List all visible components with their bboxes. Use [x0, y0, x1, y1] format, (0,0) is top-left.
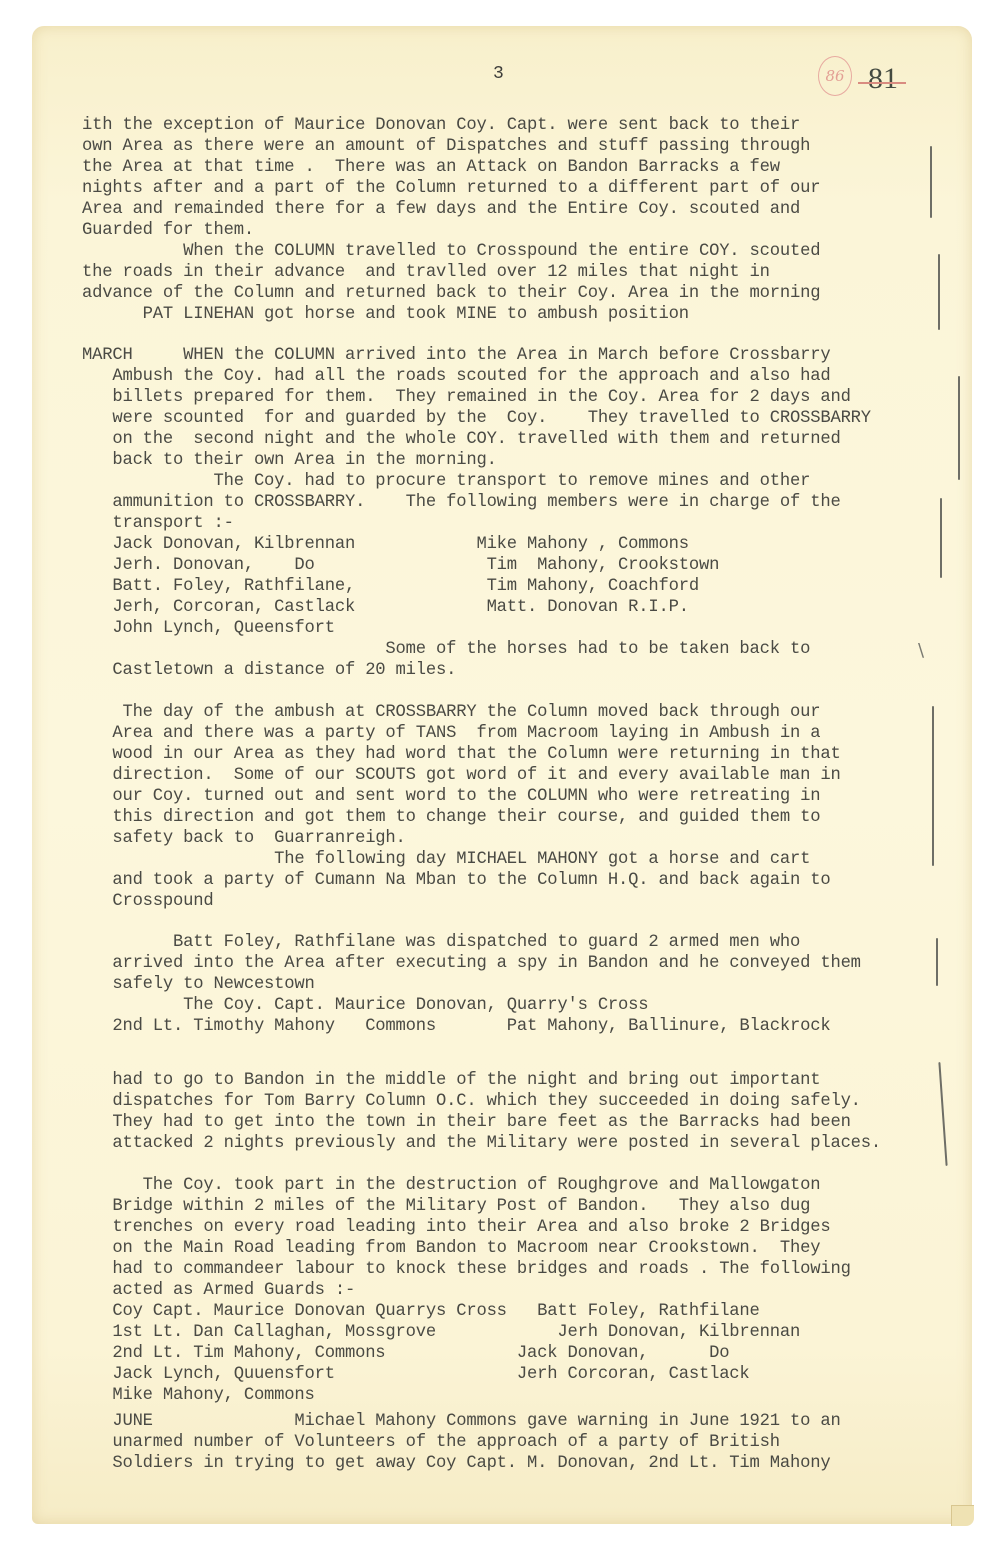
margin-bracket	[938, 1062, 947, 1166]
text-line: Jack Lynch, Quuensfort Jerh Corcoran, Ca…	[82, 1364, 750, 1385]
text-line: Mike Mahony, Commons	[82, 1385, 315, 1406]
text-line: Area and remainded there for a few days …	[82, 199, 800, 220]
text-line: the roads in their advance and travlled …	[82, 262, 770, 283]
text-line: MARCH WHEN the COLUMN arrived into the A…	[82, 345, 830, 366]
text-line: Guarded for them.	[82, 220, 254, 241]
margin-bracket	[940, 498, 942, 578]
text-line: attacked 2 nights previously and the Mil…	[82, 1133, 881, 1154]
text-line: on the Main Road leading from Bandon to …	[82, 1238, 820, 1259]
text-line: Ambush the Coy. had all the roads scoute…	[82, 366, 830, 387]
text-line: wood in our Area as they had word that t…	[82, 744, 841, 765]
text-line: dispatches for Tom Barry Column O.C. whi…	[82, 1091, 861, 1112]
text-line: and took a party of Cumann Na Mban to th…	[82, 870, 830, 891]
text-line: back to their own Area in the morning.	[82, 450, 497, 471]
text-line: our Coy. turned out and sent word to the…	[82, 786, 820, 807]
text-line: billets prepared for them. They remained…	[82, 387, 851, 408]
text-line: acted as Armed Guards :-	[82, 1280, 355, 1301]
text-line: nights after and a part of the Column re…	[82, 178, 820, 199]
text-line: this direction and got them to change th…	[82, 807, 820, 828]
margin-bracket	[938, 254, 940, 330]
text-line: 2nd Lt. Timothy Mahony Commons Pat Mahon…	[82, 1016, 830, 1037]
text-line: transport :-	[82, 513, 234, 534]
text-line: unarmed number of Volunteers of the appr…	[82, 1432, 780, 1453]
text-line: had to commandeer labour to knock these …	[82, 1259, 851, 1280]
text-line: own Area as there were an amount of Disp…	[82, 136, 810, 157]
text-line: Bridge within 2 miles of the Military Po…	[82, 1196, 810, 1217]
text-line: The day of the ambush at CROSSBARRY the …	[82, 702, 820, 723]
text-line: Area and there was a party of TANS from …	[82, 723, 820, 744]
text-line: 2nd Lt. Tim Mahony, Commons Jack Donovan…	[82, 1343, 729, 1364]
text-line: direction. Some of our SCOUTS got word o…	[82, 765, 841, 786]
text-line: John Lynch, Queensfort	[82, 618, 335, 639]
text-line: 1st Lt. Dan Callaghan, Mossgrove Jerh Do…	[82, 1322, 800, 1343]
text-line: safety back to Guarranreigh.	[82, 828, 406, 849]
text-line: The Coy. took part in the destruction of…	[82, 1175, 820, 1196]
text-line: The Coy. had to procure transport to rem…	[82, 471, 810, 492]
text-line: had to go to Bandon in the middle of the…	[82, 1070, 820, 1091]
text-line: arrived into the Area after executing a …	[82, 953, 861, 974]
circled-page-annotation: 86	[818, 56, 852, 96]
text-line: Soldiers in trying to get away Coy Capt.…	[82, 1453, 830, 1474]
text-line: safely to Newcestown	[82, 974, 315, 995]
text-line: trenches on every road leading into thei…	[82, 1217, 830, 1238]
text-line: Jerh, Corcoran, Castlack Matt. Donovan R…	[82, 597, 689, 618]
text-line: were scounted for and guarded by the Coy…	[82, 408, 871, 429]
text-line: PAT LINEHAN got horse and took MINE to a…	[82, 304, 689, 325]
text-line: the Area at that time . There was an Att…	[82, 157, 780, 178]
margin-bracket	[936, 938, 938, 986]
text-line: Coy Capt. Maurice Donovan Quarrys Cross …	[82, 1301, 760, 1322]
text-line: ith the exception of Maurice Donovan Coy…	[82, 115, 800, 136]
text-line: When the COLUMN travelled to Crosspound …	[82, 241, 820, 262]
text-line: JUNE Michael Mahony Commons gave warning…	[82, 1411, 841, 1432]
text-line: They had to get into the town in their b…	[82, 1112, 851, 1133]
text-line: Castletown a distance of 20 miles.	[82, 660, 456, 681]
text-line: Some of the horses had to be taken back …	[82, 639, 810, 660]
text-line: ammunition to CROSSBARRY. The following …	[82, 492, 841, 513]
folio-strikethrough	[858, 82, 906, 84]
text-line: Jack Donovan, Kilbrennan Mike Mahony , C…	[82, 534, 689, 555]
text-line: on the second night and the whole COY. t…	[82, 429, 841, 450]
margin-tick: \	[918, 640, 924, 661]
text-line: Batt. Foley, Rathfilane, Tim Mahony, Coa…	[82, 576, 699, 597]
margin-bracket	[958, 376, 960, 480]
document-page: 3 86 81 ith the exception of Maurice Don…	[32, 26, 972, 1524]
margin-bracket	[932, 706, 934, 866]
margin-bracket	[930, 146, 932, 218]
folio-number: 81	[868, 62, 898, 96]
text-line: The following day MICHAEL MAHONY got a h…	[82, 849, 810, 870]
text-line: Crosspound	[82, 891, 213, 912]
text-line: Batt Foley, Rathfilane was dispatched to…	[82, 932, 800, 953]
text-line: Jerh. Donovan, Do Tim Mahony, Crookstown	[82, 555, 719, 576]
text-line: advance of the Column and returned back …	[82, 283, 820, 304]
text-line: The Coy. Capt. Maurice Donovan, Quarry's…	[82, 995, 648, 1016]
page-number: 3	[493, 64, 504, 84]
